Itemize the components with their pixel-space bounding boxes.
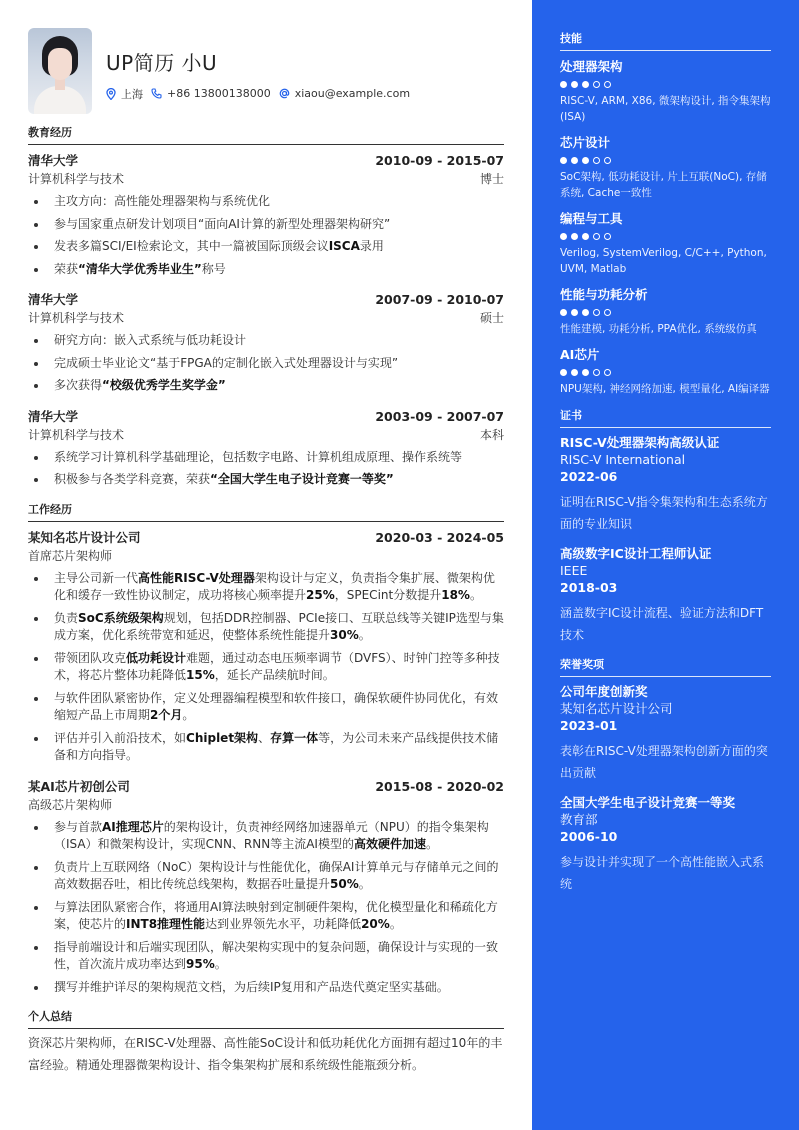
- bullet-list: 主导公司新一代高性能RISC-V处理器架构设计与定义，负责指令集扩展、微架构优化…: [28, 570, 504, 765]
- company-name: 某AI芯片初创公司: [28, 777, 130, 795]
- sidebar: 技能 处理器架构RISC-V, ARM, X86, 微架构设计, 指令集架构(I…: [532, 0, 799, 1130]
- filled-dot-icon: [560, 369, 567, 376]
- job-role: 首席芯片架构师: [28, 547, 112, 564]
- filled-dot-icon: [582, 233, 589, 240]
- work-entry: 某AI芯片初创公司2015-08 - 2020-02高级芯片架构师参与首款AI推…: [28, 777, 504, 997]
- item-title: 高级数字IC设计工程师认证: [560, 545, 771, 562]
- resume-header: UP简历 小U 上海 +86 13800138000 xiaou@example…: [28, 28, 504, 114]
- school-name: 清华大学: [28, 290, 78, 308]
- skill-item: AI芯片NPU架构, 神经网络加速, 模型量化, AI编译器: [560, 345, 771, 397]
- entry-subheader: 计算机科学与技术博士: [28, 170, 504, 187]
- school-name: 清华大学: [28, 151, 78, 169]
- skill-level-rating: [560, 367, 771, 377]
- date-range: 2003-09 - 2007-07: [375, 409, 504, 424]
- section-title: 工作经历: [28, 501, 504, 522]
- item-date: 2022-06: [560, 468, 771, 485]
- certificate-item: RISC-V处理器架构高级认证RISC-V International2022-…: [560, 434, 771, 535]
- skill-item: 编程与工具Verilog, SystemVerilog, C/C++, Pyth…: [560, 209, 771, 277]
- bullet-item: 指导前端设计和后端实现团队，解决架构实现中的复杂问题，确保设计与实现的一致性，首…: [28, 939, 504, 974]
- work-section: 工作经历 某知名芯片设计公司2020-03 - 2024-05首席芯片架构师主导…: [28, 501, 504, 997]
- bullet-item: 评估并引入前沿技术，如Chiplet架构、存算一体等，为公司未来产品线提供技术储…: [28, 730, 504, 765]
- filled-dot-icon: [571, 309, 578, 316]
- date-range: 2010-09 - 2015-07: [375, 153, 504, 168]
- item-description: 证明在RISC-V指令集架构和生态系统方面的专业知识: [560, 491, 771, 535]
- section-title: 教育经历: [28, 124, 504, 145]
- education-section: 教育经历 清华大学2010-09 - 2015-07计算机科学与技术博士主攻方向…: [28, 124, 504, 489]
- section-title: 个人总结: [28, 1008, 504, 1029]
- skill-description: 性能建模, 功耗分析, PPA优化, 系统级仿真: [560, 321, 771, 337]
- award-item: 全国大学生电子设计竞赛一等奖教育部2006-10参与设计并实现了一个高性能嵌入式…: [560, 794, 771, 895]
- item-date: 2006-10: [560, 828, 771, 845]
- skill-item: 性能与功耗分析性能建模, 功耗分析, PPA优化, 系统级仿真: [560, 285, 771, 337]
- certificate-item: 高级数字IC设计工程师认证IEEE2018-03涵盖数字IC设计流程、验证方法和…: [560, 545, 771, 646]
- skill-description: SoC架构, 低功耗设计, 片上互联(NoC), 存储系统, Cache一致性: [560, 169, 771, 201]
- bullet-list: 主攻方向：高性能处理器架构与系统优化参与国家重点研发计划项目“面向AI计算的新型…: [28, 193, 504, 278]
- skill-name: 处理器架构: [560, 57, 771, 75]
- entry-header: 清华大学2003-09 - 2007-07: [28, 407, 504, 425]
- filled-dot-icon: [582, 81, 589, 88]
- skill-name: 编程与工具: [560, 209, 771, 227]
- awards-section: 荣誉奖项 公司年度创新奖某知名芯片设计公司2023-01表彰在RISC-V处理器…: [560, 656, 771, 895]
- filled-dot-icon: [571, 81, 578, 88]
- at-sign-icon: [279, 88, 290, 99]
- filled-dot-icon: [582, 369, 589, 376]
- skill-description: NPU架构, 神经网络加速, 模型量化, AI编译器: [560, 381, 771, 397]
- filled-dot-icon: [571, 157, 578, 164]
- contact-info: 上海 +86 13800138000 xiaou@example.com: [106, 86, 418, 102]
- skill-name: 芯片设计: [560, 133, 771, 151]
- empty-dot-icon: [604, 309, 611, 316]
- skill-name: AI芯片: [560, 345, 771, 363]
- item-issuer: 某知名芯片设计公司: [560, 700, 771, 717]
- filled-dot-icon: [560, 157, 567, 164]
- item-description: 表彰在RISC-V处理器架构创新方面的突出贡献: [560, 740, 771, 784]
- entry-header: 清华大学2007-09 - 2010-07: [28, 290, 504, 308]
- skill-description: RISC-V, ARM, X86, 微架构设计, 指令集架构(ISA): [560, 93, 771, 125]
- job-role: 高级芯片架构师: [28, 796, 112, 813]
- empty-dot-icon: [593, 369, 600, 376]
- bullet-item: 完成硕士毕业论文“基于FPGA的定制化嵌入式处理器设计与实现”: [28, 355, 504, 373]
- empty-dot-icon: [593, 309, 600, 316]
- item-title: RISC-V处理器架构高级认证: [560, 434, 771, 451]
- empty-dot-icon: [593, 233, 600, 240]
- item-date: 2018-03: [560, 579, 771, 596]
- skill-level-rating: [560, 231, 771, 241]
- bullet-item: 与软件团队紧密协作，定义处理器编程模型和软件接口，确保软硬件协同优化，有效缩短产…: [28, 690, 504, 725]
- bullet-item: 荣获“清华大学优秀毕业生”称号: [28, 261, 504, 279]
- degree: 本科: [480, 426, 504, 443]
- bullet-item: 撰写并维护详尽的架构规范文档，为后续IP复用和产品迭代奠定坚实基础。: [28, 979, 504, 997]
- bullet-item: 多次获得“校级优秀学生奖学金”: [28, 377, 504, 395]
- skills-section: 技能 处理器架构RISC-V, ARM, X86, 微架构设计, 指令集架构(I…: [560, 30, 771, 397]
- main-column: UP简历 小U 上海 +86 13800138000 xiaou@example…: [0, 0, 532, 1130]
- contact-location: 上海: [106, 86, 143, 102]
- empty-dot-icon: [593, 157, 600, 164]
- filled-dot-icon: [560, 233, 567, 240]
- date-range: 2007-09 - 2010-07: [375, 292, 504, 307]
- empty-dot-icon: [604, 369, 611, 376]
- education-entry: 清华大学2010-09 - 2015-07计算机科学与技术博士主攻方向：高性能处…: [28, 151, 504, 278]
- item-issuer: IEEE: [560, 562, 771, 579]
- section-title: 荣誉奖项: [560, 656, 771, 677]
- filled-dot-icon: [560, 81, 567, 88]
- summary-text: 资深芯片架构师，在RISC-V处理器、高性能SoC设计和低功耗优化方面拥有超过1…: [28, 1032, 504, 1076]
- bullet-item: 积极参与各类学科竞赛，荣获“全国大学生电子设计竞赛一等奖”: [28, 471, 504, 489]
- degree: 博士: [480, 170, 504, 187]
- item-description: 参与设计并实现了一个高性能嵌入式系统: [560, 851, 771, 895]
- entry-header: 清华大学2010-09 - 2015-07: [28, 151, 504, 169]
- empty-dot-icon: [604, 233, 611, 240]
- item-issuer: 教育部: [560, 811, 771, 828]
- date-range: 2020-03 - 2024-05: [375, 530, 504, 545]
- filled-dot-icon: [560, 309, 567, 316]
- major: 计算机科学与技术: [28, 309, 124, 326]
- skill-item: 处理器架构RISC-V, ARM, X86, 微架构设计, 指令集架构(ISA): [560, 57, 771, 125]
- entry-subheader: 计算机科学与技术硕士: [28, 309, 504, 326]
- bullet-item: 主导公司新一代高性能RISC-V处理器架构设计与定义，负责指令集扩展、微架构优化…: [28, 570, 504, 605]
- certificates-section: 证书 RISC-V处理器架构高级认证RISC-V International20…: [560, 407, 771, 646]
- empty-dot-icon: [604, 81, 611, 88]
- skill-name: 性能与功耗分析: [560, 285, 771, 303]
- section-title: 证书: [560, 407, 771, 428]
- bullet-item: 研究方向：嵌入式系统与低功耗设计: [28, 332, 504, 350]
- bullet-item: 负责片上互联网络（NoC）架构设计与性能优化，确保AI计算单元与存储单元之间的高…: [28, 859, 504, 894]
- bullet-list: 参与首款AI推理芯片的架构设计，负责神经网络加速器单元（NPU）的指令集架构（I…: [28, 819, 504, 997]
- bullet-list: 系统学习计算机科学基础理论，包括数字电路、计算机组成原理、操作系统等积极参与各类…: [28, 449, 504, 489]
- item-title: 公司年度创新奖: [560, 683, 771, 700]
- degree: 硕士: [480, 309, 504, 326]
- entry-subheader: 首席芯片架构师: [28, 547, 504, 564]
- avatar: [28, 28, 92, 114]
- skill-description: Verilog, SystemVerilog, C/C++, Python, U…: [560, 245, 771, 277]
- company-name: 某知名芯片设计公司: [28, 528, 141, 546]
- education-entry: 清华大学2007-09 - 2010-07计算机科学与技术硕士研究方向：嵌入式系…: [28, 290, 504, 395]
- education-entry: 清华大学2003-09 - 2007-07计算机科学与技术本科系统学习计算机科学…: [28, 407, 504, 489]
- item-description: 涵盖数字IC设计流程、验证方法和DFT技术: [560, 602, 771, 646]
- bullet-item: 主攻方向：高性能处理器架构与系统优化: [28, 193, 504, 211]
- item-title: 全国大学生电子设计竞赛一等奖: [560, 794, 771, 811]
- major: 计算机科学与技术: [28, 426, 124, 443]
- contact-email: xiaou@example.com: [279, 87, 410, 100]
- bullet-item: 发表多篇SCI/EI检索论文，其中一篇被国际顶级会议ISCA录用: [28, 238, 504, 256]
- filled-dot-icon: [582, 309, 589, 316]
- bullet-list: 研究方向：嵌入式系统与低功耗设计完成硕士毕业论文“基于FPGA的定制化嵌入式处理…: [28, 332, 504, 395]
- bullet-item: 带领团队攻克低功耗设计难题，通过动态电压频率调节（DVFS）、时钟门控等多种技术…: [28, 650, 504, 685]
- filled-dot-icon: [582, 157, 589, 164]
- filled-dot-icon: [571, 369, 578, 376]
- skill-item: 芯片设计SoC架构, 低功耗设计, 片上互联(NoC), 存储系统, Cache…: [560, 133, 771, 201]
- bullet-item: 负责SoC系统级架构规划，包括DDR控制器、PCIe接口、互联总线等关键IP选型…: [28, 610, 504, 645]
- date-range: 2015-08 - 2020-02: [375, 779, 504, 794]
- bullet-item: 参与国家重点研发计划项目“面向AI计算的新型处理器架构研究”: [28, 216, 504, 234]
- item-date: 2023-01: [560, 717, 771, 734]
- skill-level-rating: [560, 79, 771, 89]
- skill-level-rating: [560, 155, 771, 165]
- section-title: 技能: [560, 30, 771, 51]
- bullet-item: 与算法团队紧密合作，将通用AI算法映射到定制硬件架构，优化模型量化和稀疏化方案，…: [28, 899, 504, 934]
- entry-header: 某AI芯片初创公司2015-08 - 2020-02: [28, 777, 504, 795]
- candidate-name: UP简历 小U: [106, 47, 418, 76]
- empty-dot-icon: [604, 157, 611, 164]
- item-issuer: RISC-V International: [560, 451, 771, 468]
- entry-subheader: 高级芯片架构师: [28, 796, 504, 813]
- award-item: 公司年度创新奖某知名芯片设计公司2023-01表彰在RISC-V处理器架构创新方…: [560, 683, 771, 784]
- filled-dot-icon: [571, 233, 578, 240]
- empty-dot-icon: [593, 81, 600, 88]
- bullet-item: 系统学习计算机科学基础理论，包括数字电路、计算机组成原理、操作系统等: [28, 449, 504, 467]
- entry-header: 某知名芯片设计公司2020-03 - 2024-05: [28, 528, 504, 546]
- work-entry: 某知名芯片设计公司2020-03 - 2024-05首席芯片架构师主导公司新一代…: [28, 528, 504, 765]
- contact-phone: +86 13800138000: [151, 87, 271, 100]
- school-name: 清华大学: [28, 407, 78, 425]
- major: 计算机科学与技术: [28, 170, 124, 187]
- skill-level-rating: [560, 307, 771, 317]
- phone-icon: [151, 88, 162, 99]
- entry-subheader: 计算机科学与技术本科: [28, 426, 504, 443]
- map-pin-icon: [106, 88, 116, 100]
- summary-section: 个人总结 资深芯片架构师，在RISC-V处理器、高性能SoC设计和低功耗优化方面…: [28, 1008, 504, 1076]
- bullet-item: 参与首款AI推理芯片的架构设计，负责神经网络加速器单元（NPU）的指令集架构（I…: [28, 819, 504, 854]
